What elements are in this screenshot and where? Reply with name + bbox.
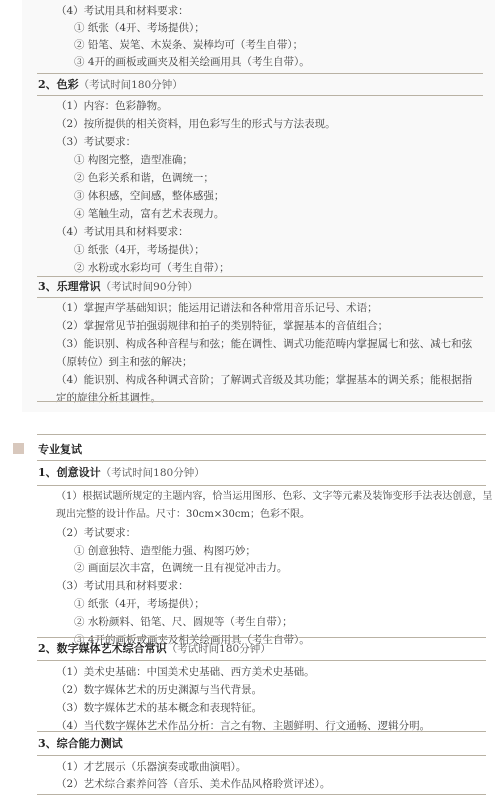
list-item: ② 水粉颜料、铅笔、尺、圆规等（考生自带）； xyxy=(74,615,293,629)
divider xyxy=(37,637,486,638)
list-item: （3）考试用具和材料要求： xyxy=(56,579,189,593)
divider xyxy=(37,755,486,756)
section-marker-square xyxy=(13,443,24,454)
list-item: ② 色彩关系和谐，色调统一； xyxy=(74,171,214,185)
list-item: ① 纸张（4开，考场提供）； xyxy=(74,243,205,257)
sketch-tool-item: ① 纸张（4开、考场提供）； xyxy=(74,21,205,35)
divider xyxy=(37,660,486,661)
list-item: （2）考试要求： xyxy=(56,526,136,540)
list-item: （3）考试要求： xyxy=(56,135,136,149)
list-item: （1）掌握声学基础知识；能运用记谱法和各种常用音乐记号、术语； xyxy=(56,301,378,315)
sketch-tool-item: ③ 4开的画板或画夹及相关绘画用具（考生自带）。 xyxy=(74,55,310,69)
list-item: 定的旋律分析其调性。 xyxy=(56,391,161,405)
divider xyxy=(37,73,483,74)
sketch-tool-item: ② 铅笔、炭笔、木炭条、炭棒均可（考生自带）； xyxy=(74,38,303,52)
section-heading-music-theory: 3、乐理常识（考试时间90分钟） xyxy=(38,280,198,294)
list-item: ② 画面层次丰富，色调统一且有视觉冲击力。 xyxy=(74,561,287,575)
divider xyxy=(37,794,486,795)
divider xyxy=(37,460,486,461)
list-item: ① 创意独特、造型能力强、构图巧妙； xyxy=(74,544,256,558)
list-item: ④ 笔触生动，富有艺术表现力。 xyxy=(74,207,224,221)
section-heading-digital-media: 2、数字媒体艺术综合常识（考试时间180分钟） xyxy=(38,642,271,656)
list-item: （原转位）到主和弦的解决； xyxy=(56,355,193,369)
section-heading-color: 2、色彩（考试时间180分钟） xyxy=(38,78,183,92)
sketch-tools-heading: （4）考试用具和材料要求： xyxy=(56,4,189,18)
list-item: （4）能识别、构成各种调式音阶；了解调式音级及其功能；掌握基本的调关系；能根据指 xyxy=(56,373,472,387)
list-item: （1）美术史基础：中国美术史基础、西方美术史基础。 xyxy=(56,665,315,679)
divider xyxy=(37,401,483,402)
divider xyxy=(37,434,486,435)
list-item: （2）掌握常见节拍强弱规律和拍子的类别特征，掌握基本的音值组合； xyxy=(56,319,388,333)
section-heading-comprehensive-test: 3、综合能力测试 xyxy=(38,737,123,751)
list-item: （1）根据试题所规定的主题内容，恰当运用图形、色彩、文字等元素及装饰变形手法表达… xyxy=(56,490,492,504)
section-heading-creative-design: 1、创意设计（考试时间180分钟） xyxy=(38,466,205,480)
list-item: （3）能识别、构成各种音程与和弦；能在调性、调式功能范畴内掌握属七和弦、减七和弦 xyxy=(56,337,472,351)
list-item: （2）艺术综合素养问答（音乐、美术作品风格聆赏评述）。 xyxy=(56,777,330,791)
list-item: ① 构图完整，造型准确； xyxy=(74,153,193,167)
divider xyxy=(37,731,486,732)
divider xyxy=(37,297,483,298)
list-item: （3）数字媒体艺术的基本概念和表现特征。 xyxy=(56,701,262,715)
divider xyxy=(37,95,483,96)
list-item: ① 纸张（4开，考场提供）； xyxy=(74,597,205,611)
list-item: 现出完整的设计作品。尺寸：30cm×30cm；色彩不限。 xyxy=(56,508,310,522)
list-item: （4）考试用具和材料要求： xyxy=(56,225,189,239)
list-item: （1）才艺展示（乐器演奏或歌曲演唱）。 xyxy=(56,760,246,774)
divider xyxy=(37,276,483,277)
list-item: ③ 体积感，空间感，整体感强； xyxy=(74,189,224,203)
list-item: （2）按所提供的相关资料，用色彩写生的形式与方法表现。 xyxy=(56,117,336,131)
part-title-final-round: 专业复试 xyxy=(38,441,82,457)
list-item: （1）内容：色彩静物。 xyxy=(56,99,168,113)
divider xyxy=(37,485,486,486)
list-item: （2）数字媒体艺术的历史渊源与当代背景。 xyxy=(56,683,262,697)
list-item: ② 水粉或水彩均可（考生自带）； xyxy=(74,261,230,275)
